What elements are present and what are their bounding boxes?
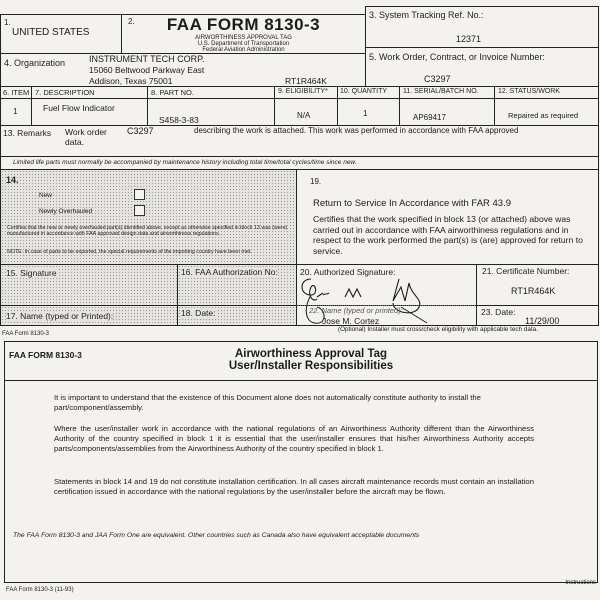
col-header-eligibility: 9. ELIGIBILITY* (278, 88, 328, 95)
certificate-number-label: 21. Certificate Number: (482, 266, 569, 276)
faa-authorization-label: 16. FAA Authorization No: (181, 267, 278, 277)
block-14: 14. New Newly Overhauled Certifies that … (0, 169, 297, 265)
organization-code: RT1R464K (285, 76, 327, 86)
tracking-ref-label: 3. System Tracking Ref. No.: (369, 10, 484, 20)
inspector-name: Jose M. Cortez (322, 316, 379, 326)
col-header-part-no: 8. PART NO. (151, 88, 194, 97)
signature-label: 15. Signature (6, 268, 57, 278)
remarks-text-c: describing the work is attached. This wo… (194, 126, 518, 135)
col-header-description: 7. DESCRIPTION (35, 88, 95, 97)
item-quantity: 1 (363, 109, 367, 118)
block-14-number: 14. (6, 175, 19, 185)
block-17: 17. Name (typed or Printed): (0, 305, 178, 326)
organization-address-1: 15060 Beltwood Parkway East (89, 65, 204, 75)
limited-life-text: Limited life parts must normally be acco… (13, 159, 357, 166)
item-eligibility: N/A (297, 111, 310, 120)
remarks-text-a: Work order (65, 127, 107, 137)
block-16: 16. FAA Authorization No: (177, 264, 297, 306)
responsibilities-header: FAA FORM 8130-3 Airworthiness Approval T… (4, 341, 598, 381)
block-14-certifies: Certifies that the new or newly overhaul… (7, 225, 292, 237)
form-id-label: FAA FORM 8130-3 (9, 350, 82, 360)
item-part-no: S458-3-83 (159, 115, 199, 125)
block-5: 5. Work Order, Contract, or Invoice Numb… (365, 47, 599, 87)
block-15: 15. Signature (0, 264, 178, 306)
items-table: 6. ITEM 7. DESCRIPTION 8. PART NO. 9. EL… (0, 86, 599, 126)
organization-label: 4. Organization (4, 58, 65, 68)
form-title: FAA FORM 8130-3 (122, 15, 365, 35)
block-20: 20. Authorized Signature: (296, 264, 477, 306)
block-19-text: Certifies that the work specified in blo… (313, 214, 595, 256)
organization-name: INSTRUMENT TECH CORP. (89, 54, 205, 64)
name-printed-label: 17. Name (typed or Printed): (6, 311, 113, 321)
item-serial: AP69417 (413, 113, 446, 122)
block-3: 3. System Tracking Ref. No.: 12371 (365, 6, 599, 48)
bottom-form-footer: FAA Form 8130-3 (11-93) (6, 587, 74, 593)
new-label: New (39, 192, 52, 199)
col-header-serial: 11. SERIAL/BATCH NO. (403, 88, 479, 95)
col-header-quantity: 10. QUANTITY (340, 88, 387, 95)
work-order-value: C3297 (424, 74, 451, 84)
remarks-text-b: data. (65, 137, 84, 147)
responsibilities-title-2: User/Installer Responsibilities (145, 360, 477, 372)
limited-life-note: Limited life parts must normally be acco… (0, 156, 599, 170)
block-1-number: 1. (4, 18, 11, 27)
top-form-footer: FAA Form 8130-3 (2, 331, 49, 337)
block-1: 1. UNITED STATES (0, 14, 122, 54)
work-order-label: 5. Work Order, Contract, or Invoice Numb… (369, 52, 545, 62)
date-label: 18. Date: (181, 308, 216, 318)
tracking-ref-value: 12371 (456, 34, 481, 44)
date-value: 11/29/00 (525, 316, 559, 326)
new-checkbox[interactable] (134, 189, 145, 200)
name-typed-label: 22. Name (typed or printed): (309, 306, 403, 315)
responsibilities-body: It is important to understand that the e… (4, 380, 598, 583)
col-header-status: 12. STATUS/WORK (498, 88, 560, 95)
newly-overhauled-checkbox[interactable] (134, 205, 145, 216)
organization-address-2: Addison, Texas 75001 (89, 76, 173, 86)
country-value: UNITED STATES (12, 27, 89, 38)
newly-overhauled-label: Newly Overhauled (39, 208, 92, 215)
block-18: 18. Date: (177, 305, 297, 326)
block-19: 19. Return to Service In Accordance with… (296, 169, 599, 265)
item-description: Fuel Flow Indicator (43, 103, 115, 113)
optional-note: (Optional) Installer must cross/check el… (338, 326, 538, 333)
block-22: 22. Name (typed or printed): Jose M. Cor… (296, 305, 477, 326)
return-to-service-heading: Return to Service In Accordance with FAR… (313, 198, 511, 209)
paragraph-3: Statements in block 14 and 19 do not con… (54, 477, 534, 497)
block-2: 2. FAA FORM 8130-3 AIRWORTHINESS APPROVA… (121, 14, 366, 54)
instructions-label: Instructions (565, 580, 596, 586)
block-14-note: NOTE: In case of parts to be exported, t… (7, 249, 277, 255)
paragraph-1: It is important to understand that the e… (54, 393, 514, 413)
certificate-number-value: RT1R464K (511, 286, 555, 296)
responsibilities-title-1: Airworthiness Approval Tag (145, 348, 477, 360)
block-4: 4. Organization INSTRUMENT TECH CORP. 15… (0, 53, 366, 87)
block-21: 21. Certificate Number: RT1R464K (476, 264, 599, 306)
date-label-23: 23. Date: (481, 307, 516, 317)
block-13-remarks: 13. Remarks Work order data. C3297 descr… (0, 125, 599, 156)
equivalence-note: The FAA Form 8130-3 and JAA Form One are… (13, 532, 593, 539)
col-header-item: 6. ITEM (3, 88, 29, 97)
block-19-number: 19. (310, 177, 321, 186)
item-status: Repaired as required (508, 111, 578, 120)
paragraph-2: Where the user/installer work in accorda… (54, 424, 534, 454)
item-number: 1 (13, 107, 17, 116)
remarks-work-order: C3297 (127, 126, 154, 136)
remarks-label: 13. Remarks (3, 128, 51, 138)
block-23: 23. Date: 11/29/00 (476, 305, 599, 326)
